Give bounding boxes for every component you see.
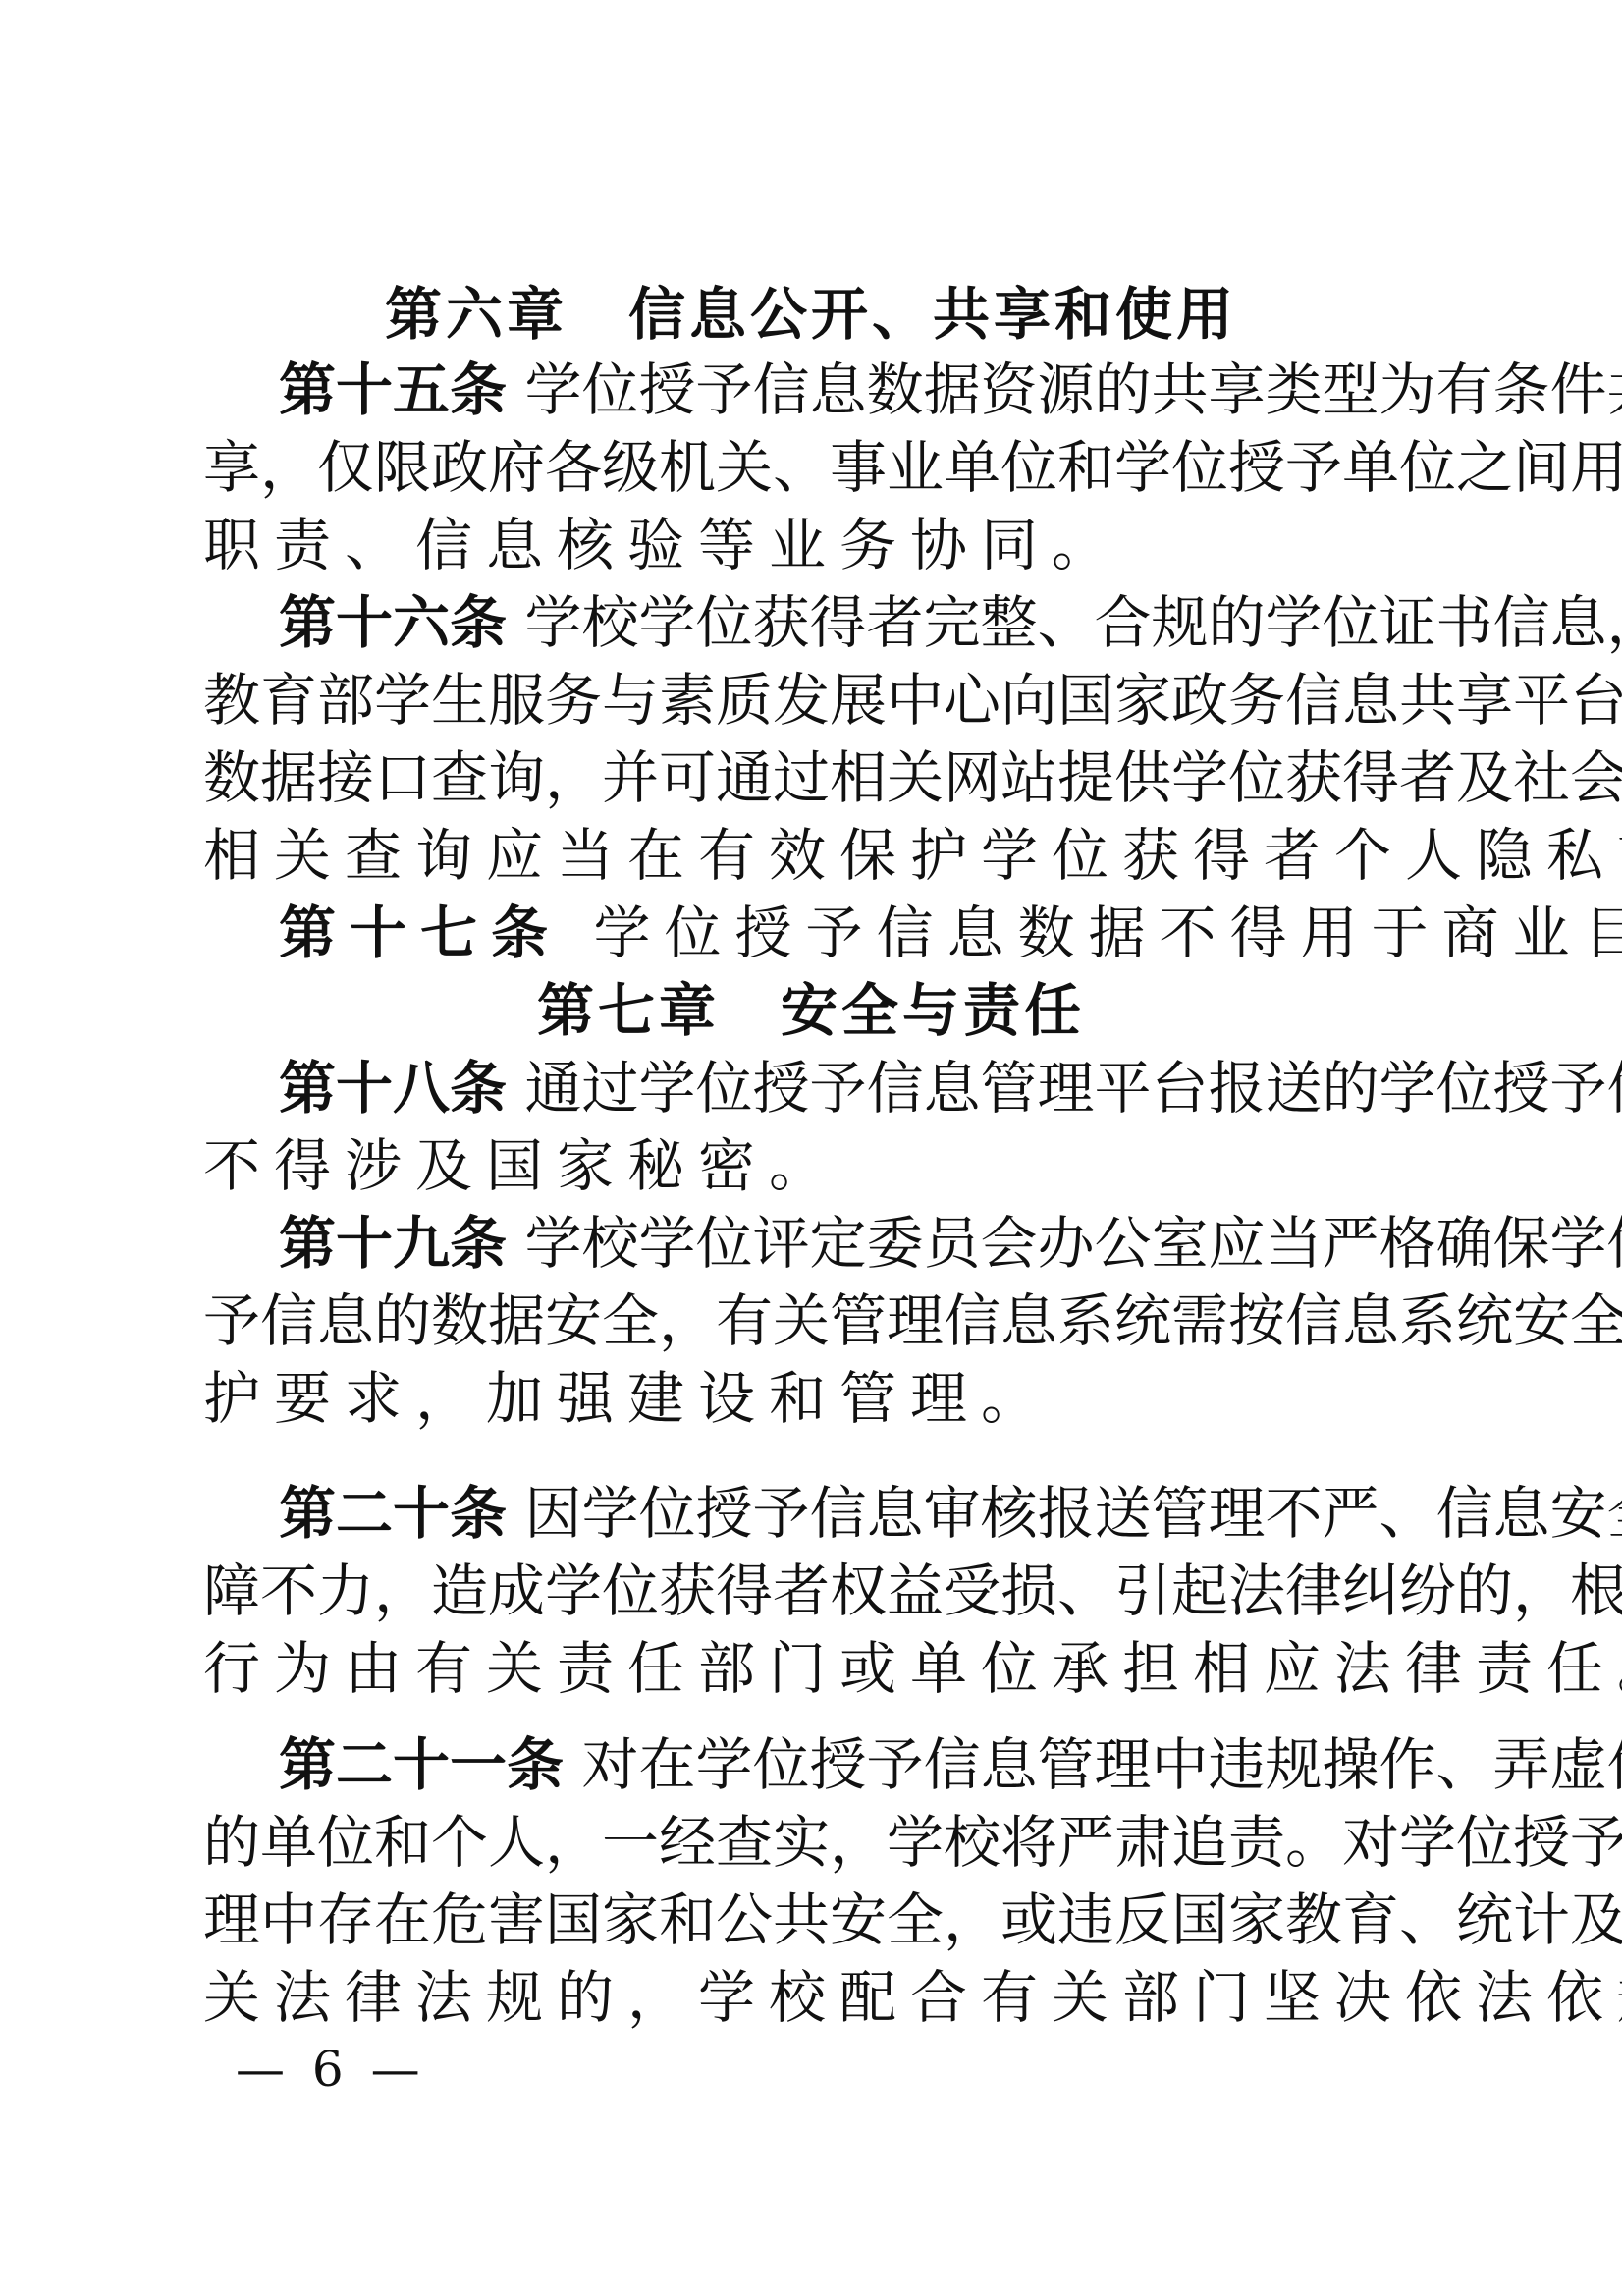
- article-15-text: 学位授予信息数据资源的共享类型为有条件共: [524, 356, 1622, 423]
- article-18-text: 通过学位授予信息管理平台报送的学位授予信息: [524, 1055, 1622, 1121]
- article-20-line-1: 第二十条 因学位授予信息审核报送管理不严、信息安全保: [279, 1475, 1417, 1552]
- article-19-line-3: 护要求，加强建设和管理。: [203, 1360, 1417, 1437]
- article-19-line-1: 第十九条 学校学位评定委员会办公室应当严格确保学位授: [279, 1205, 1417, 1282]
- article-21-label: 第二十一条: [279, 1731, 564, 1798]
- article-16-line-1: 第十六条 学校学位获得者完整、合规的学位证书信息，由: [279, 584, 1417, 661]
- article-18-line-2: 不得涉及国家秘密。: [203, 1127, 1417, 1204]
- page-number: — 6 —: [236, 2040, 426, 2099]
- article-21-line-4: 关法律法规的，学校配合有关部门坚决依法依规追究责任。: [203, 1959, 1417, 2036]
- article-21-line-3: 理中存在危害国家和公共安全，或违反国家教育、统计及其他相: [203, 1882, 1417, 1958]
- article-15-line-3: 职责、信息核验等业务协同。: [203, 507, 1417, 583]
- article-20-line-2: 障不力，造成学位获得者权益受损、引起法律纠纷的，根据具体: [203, 1553, 1417, 1629]
- chapter-6-title: 第六章 信息公开、共享和使用: [0, 276, 1622, 353]
- article-21-text: 对在学位授予信息管理中违规操作、弄虚作假: [581, 1731, 1622, 1798]
- article-19-label: 第十九条: [279, 1210, 507, 1277]
- chapter-7-title: 第七章 安全与责任: [0, 972, 1622, 1049]
- article-19-line-2: 予信息的数据安全，有关管理信息系统需按信息系统安全等级保: [203, 1283, 1417, 1359]
- article-15-label: 第十五条: [279, 356, 507, 423]
- article-20-text: 因学位授予信息审核报送管理不严、信息安全保: [524, 1480, 1622, 1547]
- article-16-line-4: 相关查询应当在有效保护学位获得者个人隐私前提下进行。: [203, 817, 1417, 894]
- article-21-line-2: 的单位和个人，一经查实，学校将严肃追责。对学位授予信息管: [203, 1804, 1417, 1881]
- article-20-label: 第二十条: [279, 1480, 507, 1547]
- article-16-text: 学校学位获得者完整、合规的学位证书信息，由: [524, 589, 1622, 656]
- article-17-line-1: 第十七条 学位授予信息数据不得用于商业目的。: [279, 895, 1417, 971]
- article-15-line-1: 第十五条 学位授予信息数据资源的共享类型为有条件共: [279, 352, 1417, 428]
- article-17-text: 学位授予信息数据不得用于商业目的。: [593, 900, 1622, 966]
- document-page: 第六章 信息公开、共享和使用 第十五条 学位授予信息数据资源的共享类型为有条件共…: [0, 0, 1622, 2296]
- article-16-label: 第十六条: [279, 589, 507, 656]
- article-16-line-2: 教育部学生服务与素质发展中心向国家政务信息共享平台提供: [203, 662, 1417, 738]
- article-19-text: 学校学位评定委员会办公室应当严格确保学位授: [524, 1210, 1622, 1277]
- article-15-line-2: 享，仅限政府各级机关、事业单位和学位授予单位之间用于履行: [203, 429, 1417, 506]
- article-18-line-1: 第十八条 通过学位授予信息管理平台报送的学位授予信息: [279, 1050, 1417, 1126]
- article-17-label: 第十七条: [279, 900, 562, 966]
- article-21-line-1: 第二十一条 对在学位授予信息管理中违规操作、弄虚作假: [279, 1726, 1417, 1803]
- article-16-line-3: 数据接口查询，并可通过相关网站提供学位获得者及社会查询。: [203, 739, 1417, 816]
- article-20-line-3: 行为由有关责任部门或单位承担相应法律责任。: [203, 1630, 1417, 1707]
- article-18-label: 第十八条: [279, 1055, 507, 1121]
